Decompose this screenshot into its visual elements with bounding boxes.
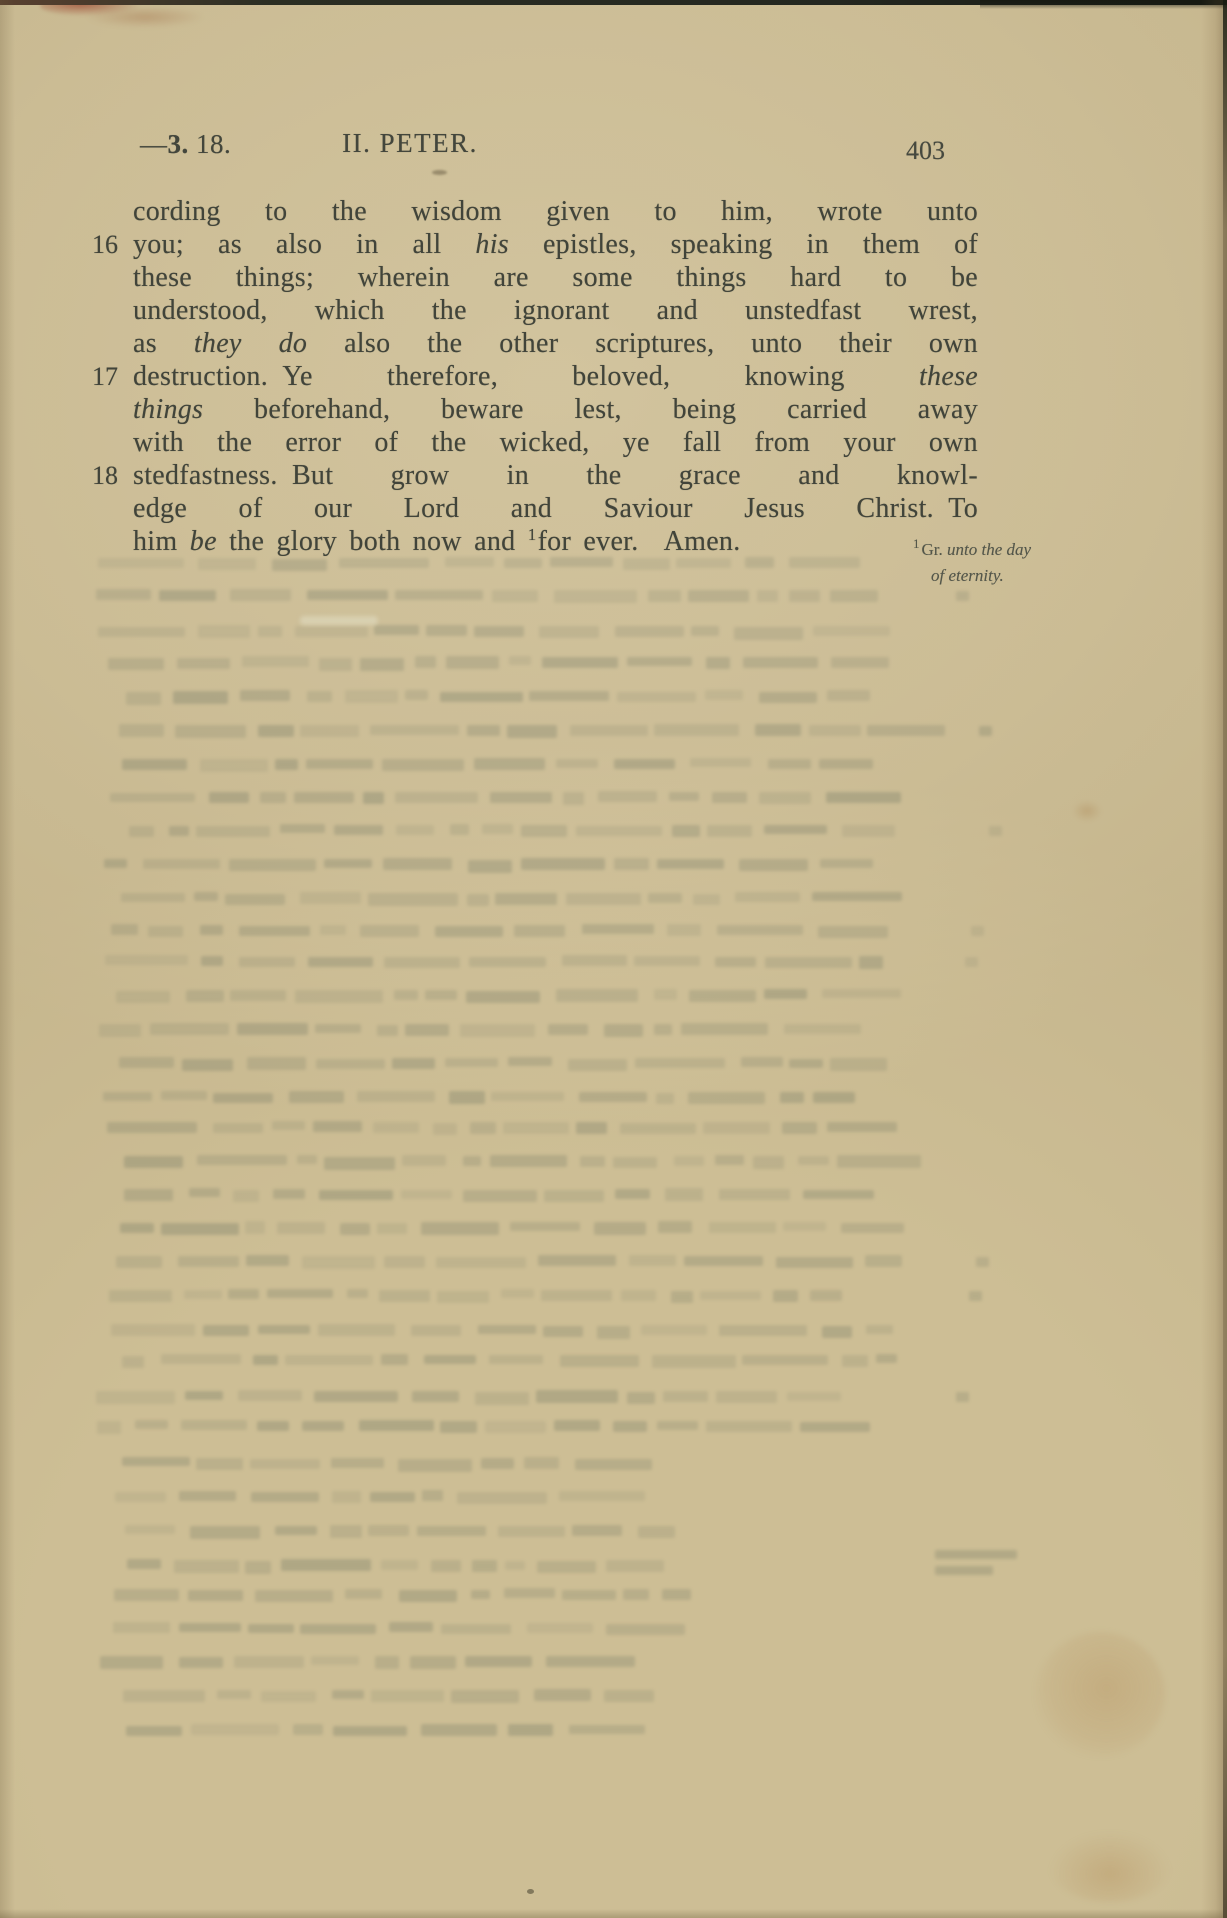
foxing-stain: [1035, 1632, 1165, 1757]
ghost-word: [809, 725, 861, 736]
ghost-word: [504, 558, 542, 568]
ghost-word: [712, 792, 747, 803]
ghost-word: [440, 1421, 477, 1433]
ghost-word: [123, 1690, 205, 1702]
verse-line: things beforehand, beware lest, being ca…: [133, 394, 978, 427]
ghost-word: [657, 1421, 698, 1430]
ghost-word: [368, 893, 458, 906]
ghost-word: [812, 892, 902, 901]
ghost-word: [190, 1526, 260, 1539]
ghost-word: [402, 1155, 446, 1166]
ghost-word: [489, 1355, 543, 1364]
ghost-word: [293, 1724, 323, 1735]
ghost-word: [471, 1590, 490, 1599]
ghost-word: [569, 1725, 645, 1734]
ghost-word: [813, 1092, 855, 1103]
ghost-word: [735, 892, 800, 902]
ghost-word: [822, 1326, 852, 1338]
ghost-word: [613, 1157, 657, 1168]
ghost-word: [122, 1356, 144, 1368]
ghost-word: [261, 1691, 316, 1702]
verse-line: with the error of the wicked, ye fall fr…: [133, 427, 978, 460]
ghost-word: [469, 957, 546, 967]
verse-line: 18stedfastness. But grow in the grace an…: [133, 460, 978, 493]
ghost-word: [275, 1526, 317, 1535]
ghost-word: [813, 626, 890, 636]
ghost-word: [148, 926, 183, 937]
foxing-stain: [1072, 800, 1102, 822]
ghost-word: [658, 1221, 692, 1233]
ghost-word: [621, 1290, 656, 1301]
ghost-word: [556, 989, 638, 1002]
verse-text: the glory both now and: [217, 526, 528, 557]
ghost-word: [381, 1560, 418, 1570]
ref-verse: 18.: [189, 129, 232, 159]
ghost-word: [826, 792, 901, 803]
ghost-word: [604, 1690, 654, 1702]
ghost-word: [129, 826, 154, 837]
ghost-word: [258, 1325, 310, 1334]
ghost-word: [717, 925, 803, 935]
ghost-word: [671, 1291, 693, 1303]
ghost-word: [115, 1492, 166, 1502]
ink-speck: [432, 170, 447, 175]
ghost-word: [200, 925, 223, 935]
page-bottom-edge-shadow: [0, 1909, 1227, 1918]
ghost-word: [460, 1024, 535, 1037]
ghost-word: [306, 759, 373, 769]
ghost-word: [200, 759, 268, 772]
ghost-word: [196, 826, 270, 837]
ghost-line: [96, 589, 886, 603]
ghost-word: [490, 792, 552, 803]
ghost-word: [468, 860, 512, 873]
ghost-word: [709, 1222, 776, 1233]
ghost-word: [245, 1221, 265, 1234]
ghost-word: [716, 1391, 777, 1403]
ghost-word: [703, 1122, 770, 1134]
ghost-line: [123, 1689, 670, 1703]
verse-text: his: [475, 229, 509, 260]
ghost-word: [377, 1223, 407, 1234]
ghost-word: [789, 1059, 823, 1068]
ghost-word: [820, 859, 873, 868]
ghost-word: [422, 1490, 443, 1501]
ghost-word: [124, 1189, 173, 1201]
verse-number: 17: [92, 361, 127, 392]
ghost-word: [467, 894, 489, 906]
ghost-word: [257, 1421, 289, 1431]
ghost-word: [663, 1391, 708, 1402]
book-title: II. PETER.: [330, 128, 490, 159]
ghost-word: [800, 1422, 870, 1432]
ghost-word: [209, 792, 249, 803]
ghost-word: [417, 1526, 486, 1536]
ghost-word: [508, 1724, 553, 1736]
ghost-word: [681, 1023, 768, 1035]
ghost-word: [103, 1092, 152, 1101]
ghost-word: [504, 1588, 555, 1598]
ghost-word: [273, 1189, 305, 1199]
ghost-word: [234, 1656, 304, 1668]
ghost-word: [339, 558, 429, 568]
ghost-word: [161, 1091, 207, 1100]
ghost-word: [539, 626, 599, 638]
ghost-line: [96, 1390, 854, 1404]
ghost-word: [674, 1156, 704, 1166]
ghost-word: [371, 1690, 444, 1702]
ghost-word: [127, 1559, 161, 1569]
ghost-word: [126, 692, 161, 705]
ghost-word: [97, 1421, 121, 1434]
ghost-word: [198, 558, 256, 570]
verse-text: edge of our Lord and Saviour Jesus Chris…: [133, 493, 978, 524]
ghost-word: [119, 724, 164, 737]
ghost-word: [451, 1690, 519, 1703]
ref-dash: —: [140, 129, 168, 159]
ghost-word: [665, 1188, 703, 1201]
ghost-word: [656, 1093, 674, 1104]
ghost-word: [401, 1190, 452, 1199]
ghost-word: [108, 658, 164, 670]
ghost-word: [688, 1092, 765, 1104]
ghost-word: [474, 758, 545, 770]
ghost-word: [474, 626, 524, 637]
ghost-word: [582, 924, 654, 934]
ghost-word: [318, 1324, 395, 1336]
ghost-word: [277, 1222, 325, 1234]
verse-text: beforehand, beware lest, being carried a…: [203, 394, 978, 425]
ghost-word: [615, 1189, 650, 1199]
ghost-word: [373, 1122, 419, 1133]
ghost-word: [357, 1091, 435, 1102]
scripture-text-block: cording to the wisdom given to him, wrot…: [133, 196, 978, 559]
ghost-word: [641, 1325, 707, 1335]
ghost-word: [255, 1590, 333, 1602]
ghost-word: [865, 1255, 902, 1267]
ghost-word: [529, 691, 609, 701]
ghost-word: [684, 1256, 763, 1266]
ghost-word: [169, 826, 189, 836]
ghost-word: [734, 627, 803, 640]
verse-text: as: [133, 328, 194, 359]
ghost-word: [345, 690, 398, 703]
ghost-word: [481, 1458, 514, 1469]
ghost-word: [485, 1421, 546, 1433]
ghost-word: [242, 656, 309, 667]
ghost-word: [111, 924, 138, 935]
ghost-word: [396, 825, 434, 835]
ghost-word: [179, 1623, 241, 1632]
ghost-word: [544, 1190, 604, 1202]
ghost-word: [377, 1025, 398, 1036]
ghost-word: [251, 1492, 319, 1502]
ghost-line: [111, 1324, 900, 1338]
ghost-word: [810, 1290, 842, 1301]
note-text-line1: unto the day: [947, 540, 1031, 559]
ghost-word: [395, 792, 478, 803]
verse-text: stedfastness. But grow in the grace and …: [133, 460, 978, 491]
ghost-word: [359, 1420, 434, 1431]
ghost-word: [490, 1155, 567, 1167]
ghost-word: [822, 989, 901, 998]
ghost-word: [302, 1256, 375, 1269]
verse-text: epistles, speaking in them of: [509, 229, 978, 260]
ghost-word: [759, 692, 817, 703]
ghost-word: [96, 589, 151, 600]
ghost-word: [238, 1390, 302, 1401]
ghost-word: [629, 1255, 676, 1266]
ghost-word: [440, 692, 523, 702]
ghost-word: [615, 626, 684, 637]
ghost-word: [126, 1726, 182, 1736]
ghost-line: [126, 690, 878, 704]
stain-smudge: [85, 6, 205, 28]
verse-text: things: [133, 394, 203, 425]
ghost-word: [177, 658, 230, 669]
ghost-word: [110, 793, 195, 802]
ghost-word: [247, 1057, 306, 1070]
ghost-word: [189, 1188, 220, 1197]
ghost-word: [491, 1092, 564, 1101]
ghost-line: [119, 1057, 903, 1071]
ghost-line: [113, 1622, 694, 1636]
ghost-word: [606, 1560, 664, 1572]
ghost-line: [119, 724, 959, 738]
verse-line: 16you; as also in all his epistles, spea…: [133, 229, 978, 262]
ghost-word: [743, 657, 818, 668]
ghost-word: [379, 1290, 430, 1302]
ghost-word: [258, 626, 282, 637]
ghost-word: [415, 656, 436, 668]
ghost-word: [470, 1122, 496, 1134]
page-left-edge-shadow: [0, 0, 15, 1918]
ghost-word: [435, 926, 503, 937]
ghost-word: [648, 893, 682, 903]
verse-text: these things; wherein are some things ha…: [133, 262, 978, 293]
ghost-word: [613, 1421, 647, 1432]
ghost-word: [627, 657, 692, 666]
ghost-word: [425, 990, 457, 1000]
ghost-word: [395, 590, 483, 600]
ghost-word: [331, 1458, 384, 1468]
ghost-word: [623, 1589, 649, 1600]
ghost-word: [789, 590, 820, 602]
ghost-word: [580, 1156, 605, 1167]
ghost-word: [859, 956, 883, 969]
ghost-word: [541, 1290, 612, 1301]
ghost-word: [803, 1190, 874, 1199]
ghost-word: [398, 1459, 472, 1472]
ghost-word: [842, 1355, 868, 1367]
ghost-verse-number: [969, 1291, 982, 1301]
verse-text: cording to the wisdom given to him, wrot…: [133, 196, 978, 227]
ghost-word: [842, 825, 895, 837]
ghost-word: [294, 792, 354, 803]
ghost-word: [375, 1656, 399, 1669]
ghost-word: [381, 1354, 408, 1365]
ghost-word: [213, 1123, 263, 1133]
ghost-word: [382, 759, 464, 771]
ghost-word: [300, 892, 361, 904]
ghost-word: [114, 1589, 179, 1601]
ghost-word: [784, 1024, 861, 1034]
ghost-word: [198, 625, 250, 638]
verse-text: him: [133, 526, 190, 557]
ghost-line: [97, 1420, 882, 1434]
ghost-word: [201, 956, 223, 966]
verse-text: they do: [194, 328, 307, 359]
ghost-word: [360, 925, 419, 937]
ghost-word: [233, 1190, 259, 1202]
ghost-word: [314, 1391, 398, 1402]
ghost-word: [548, 1024, 588, 1035]
ghost-word: [509, 656, 531, 665]
ghost-word: [560, 1355, 639, 1367]
ghost-word: [410, 1656, 456, 1669]
ghost-word: [672, 825, 700, 837]
ghost-word: [392, 1058, 435, 1069]
ghost-line: [116, 1255, 910, 1269]
ghost-word: [505, 1561, 525, 1570]
ghost-verse-number: [971, 926, 984, 936]
ghost-line: [108, 656, 900, 670]
ghost-word: [753, 1156, 784, 1169]
ghost-word: [638, 1526, 675, 1538]
ghost-word: [667, 924, 701, 936]
ghost-word: [316, 1059, 385, 1069]
ghost-word: [614, 858, 649, 870]
ghost-word: [501, 1289, 534, 1298]
ghost-word: [307, 590, 388, 600]
ghost-word: [295, 990, 383, 1003]
ghost-word: [689, 990, 756, 1002]
ghost-word: [669, 792, 699, 801]
ghost-word: [830, 1058, 887, 1071]
ghost-line: [104, 858, 881, 872]
ghost-word: [122, 759, 187, 770]
ghost-word: [570, 725, 648, 736]
ghost-word: [225, 894, 285, 905]
ghost-word: [783, 1222, 826, 1231]
ghost-word: [765, 957, 852, 968]
showthrough-margin-note-blob: [935, 1566, 993, 1575]
ghost-word: [676, 558, 731, 568]
note-language-abbr: Gr.: [922, 540, 943, 559]
ghost-line: [109, 1289, 848, 1303]
ghost-word: [280, 824, 325, 833]
ghost-word: [693, 894, 720, 905]
ghost-word: [384, 1256, 425, 1268]
ghost-word: [405, 690, 428, 700]
ghost-word: [340, 1223, 370, 1235]
verse-number: 16: [92, 229, 127, 260]
margin-note: 1Gr. unto the day of eternity.: [913, 537, 1123, 589]
ghost-line: [98, 557, 871, 571]
ghost-word: [363, 792, 384, 804]
ghost-word: [297, 1155, 317, 1164]
ghost-word: [240, 690, 290, 701]
ghost-word: [260, 792, 286, 803]
ghost-line: [103, 1091, 864, 1105]
ghost-word: [295, 626, 368, 637]
ghost-word: [867, 725, 945, 736]
ghost-word: [175, 725, 246, 738]
ghost-word: [657, 859, 724, 869]
ghost-word: [125, 1525, 175, 1534]
ghost-word: [150, 1023, 229, 1035]
ghost-word: [116, 991, 170, 1003]
page-right-edge: [1223, 0, 1227, 1918]
ghost-word: [178, 1256, 239, 1267]
ghost-word: [313, 1121, 362, 1132]
ghost-word: [719, 1189, 790, 1200]
ghost-word: [457, 1492, 547, 1504]
ghost-word: [715, 957, 756, 967]
ghost-word: [281, 1559, 371, 1571]
ghost-word: [345, 1589, 382, 1599]
ghost-word: [441, 1624, 511, 1634]
ghost-line: [99, 1023, 872, 1037]
ghost-word: [707, 825, 752, 837]
ghost-word: [467, 725, 500, 736]
ghost-word: [654, 1024, 672, 1035]
ghost-word: [272, 1121, 305, 1130]
ghost-word: [739, 859, 808, 871]
ghost-word: [446, 656, 499, 669]
ghost-word: [827, 1122, 897, 1132]
ghost-line: [122, 758, 888, 772]
ghost-word: [245, 1561, 271, 1574]
ghost-word: [188, 1590, 243, 1601]
verse-line: 17destruction. Ye therefore, beloved, kn…: [133, 361, 978, 394]
verse-text: be: [190, 526, 217, 557]
ghost-word: [576, 826, 662, 836]
ghost-word: [556, 759, 598, 768]
ghost-line: [121, 892, 916, 906]
book-page-scan: —3. 18. II. PETER. 403 cording to the wi…: [0, 0, 1227, 1918]
ghost-word: [534, 1689, 591, 1701]
ghost-word: [315, 1024, 361, 1033]
ghost-word: [370, 725, 459, 735]
verse-line: edge of our Lord and Saviour Jesus Chris…: [133, 493, 978, 526]
ghost-word: [579, 1092, 647, 1102]
ghost-word: [360, 658, 404, 671]
ghost-word: [182, 1059, 233, 1071]
ghost-word: [99, 1024, 141, 1037]
ghost-word: [389, 1622, 433, 1632]
verse-text: you; as also in all: [133, 229, 475, 260]
ghost-line: [124, 1188, 886, 1202]
ghost-word: [174, 1560, 239, 1573]
ghost-word: [780, 1092, 804, 1103]
ghost-word: [688, 590, 749, 602]
ghost-word: [742, 1355, 828, 1365]
ghost-line: [100, 1655, 645, 1669]
ghost-word: [267, 1289, 333, 1298]
ghost-word: [421, 1222, 499, 1235]
ghost-word: [700, 1291, 761, 1300]
ghost-word: [706, 657, 730, 669]
verse-text: destruction. Ye therefore, beloved, know…: [133, 361, 919, 392]
ghost-word: [572, 1525, 622, 1536]
ghost-word: [113, 1622, 170, 1633]
ghost-word: [173, 691, 228, 704]
ghost-word: [818, 926, 888, 938]
ghost-word: [662, 1589, 691, 1600]
ghost-word: [230, 990, 286, 1001]
ghost-line: [125, 1524, 691, 1538]
